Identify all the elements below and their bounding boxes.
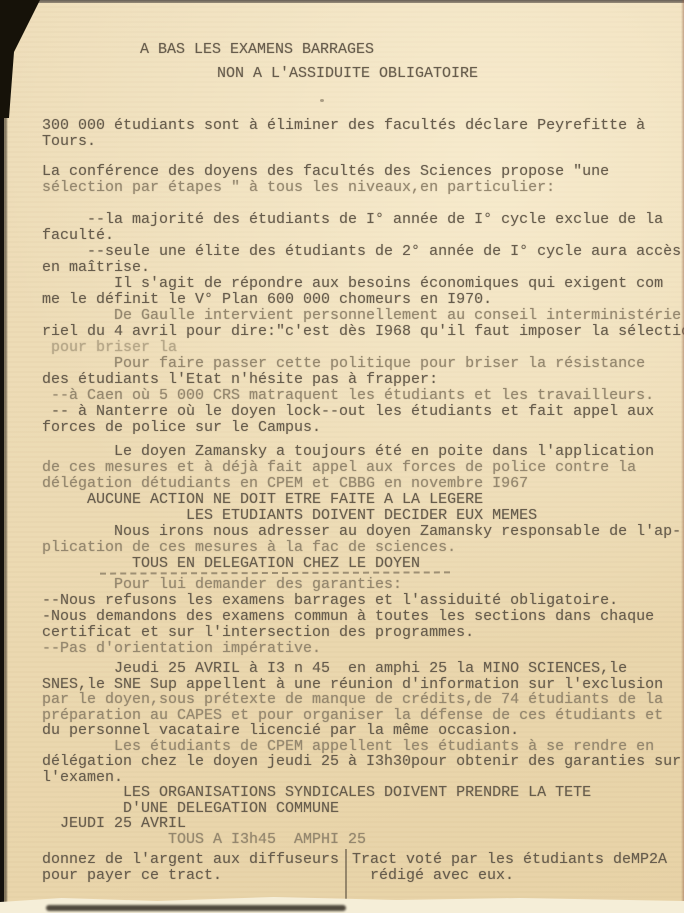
- zamansky-paragraph: Le doyen Zamansky a toujours été en poit…: [42, 444, 681, 572]
- footer-left-column: donnez de l'argent aux diffuseurspour pa…: [42, 852, 339, 884]
- text-line: NON A L'ASSIDUITE OBLIGATOIRE: [217, 66, 478, 82]
- conference-paragraph: La conférence des doyens des facultés de…: [42, 164, 609, 196]
- text-line: sélection par étapes " à tous les niveau…: [42, 180, 609, 196]
- text-line: SNES,le SNE Sup appellent à une réunion …: [42, 677, 681, 693]
- text-line: Il s'agit de répondre aux besoins économ…: [42, 276, 684, 292]
- footer-right-column: Tract voté par les étudiants deMP2A rédi…: [352, 852, 667, 884]
- text-line: --à Caen où 5 000 CRS matraquent les étu…: [42, 388, 654, 404]
- text-line: Nous irons nous adresser au doyen Zamans…: [42, 524, 681, 540]
- repression-paragraph: Pour faire passer cette politique pour b…: [42, 356, 654, 436]
- text-line: --Nous refusons les examens barrages et …: [42, 593, 654, 609]
- meeting-paragraph: Jeudi 25 AVRIL à I3 n 45 en amphi 25 la …: [42, 661, 681, 847]
- text-line: en maîtrise.: [42, 260, 684, 276]
- selection-paragraph: --la majorité des étudiants de I° année …: [42, 212, 684, 356]
- text-line: D'UNE DELEGATION COMMUNE: [42, 801, 681, 817]
- intro-paragraph: 300 000 étudiants sont à éliminer des fa…: [42, 118, 645, 150]
- text-line: préparation au CAPES et pour organiser l…: [42, 708, 681, 724]
- text-line: -- à Nanterre où le doyen lock--out les …: [42, 404, 654, 420]
- text-line: TOUS EN DELEGATION CHEZ LE DOYEN: [42, 556, 681, 572]
- text-line: A BAS LES EXAMENS BARRAGES: [140, 42, 374, 58]
- text-line: du personnel vacataire licencié par la m…: [42, 723, 681, 739]
- text-line: Tours.: [42, 134, 645, 150]
- text-line: Jeudi 25 AVRIL à I3 n 45 en amphi 25 la …: [42, 661, 681, 677]
- text-line: Tract voté par les étudiants deMP2A: [352, 852, 667, 868]
- scan-edge-left: [0, 0, 8, 913]
- footer-column-divider: [345, 849, 347, 904]
- text-line: pour briser la: [42, 340, 684, 356]
- text-line: Pour faire passer cette politique pour b…: [42, 356, 654, 372]
- text-line: délégation détudiants en CPEM et CBBG en…: [42, 476, 681, 492]
- text-line: donnez de l'argent aux diffuseurs: [42, 852, 339, 868]
- text-line: délégation chez le doyen jeudi 25 à I3h3…: [42, 754, 681, 770]
- text-line: par le doyen,sous prétexte de manque de …: [42, 692, 681, 708]
- text-line: Le doyen Zamansky a toujours été en poit…: [42, 444, 681, 460]
- scan-smudge-bottom: [46, 905, 346, 911]
- scan-page: A BAS LES EXAMENS BARRAGESNON A L'ASSIDU…: [0, 0, 684, 913]
- text-line: LES ORGANISATIONS SYNDICALES DOIVENT PRE…: [42, 785, 681, 801]
- text-line: de ces mesures et à déjà fait appel aux …: [42, 460, 681, 476]
- text-line: l'examen.: [42, 770, 681, 786]
- text-line: riel du 4 avril pour dire:"c'est dès I96…: [42, 324, 684, 340]
- headline-line-1: A BAS LES EXAMENS BARRAGES: [140, 42, 374, 58]
- garanties-paragraph: Pour lui demander des garanties:--Nous r…: [42, 577, 654, 657]
- text-line: JEUDI 25 AVRIL: [42, 816, 681, 832]
- text-line: plication de ces mesures à la fac de sci…: [42, 540, 681, 556]
- text-line: des étudiants l'Etat n'hésite pas à frap…: [42, 372, 654, 388]
- text-line: --la majorité des étudiants de I° année …: [42, 212, 684, 228]
- text-line: certificat et sur l'intersection des pro…: [42, 625, 654, 641]
- text-line: AUCUNE ACTION NE DOIT ETRE FAITE A LA LE…: [42, 492, 681, 508]
- text-line: Les étudiants de CPEM appellent les étud…: [42, 739, 681, 755]
- text-line: Pour lui demander des garanties:: [42, 577, 654, 593]
- text-line: faculté.: [42, 228, 684, 244]
- text-line: pour payer ce tract.: [42, 868, 339, 884]
- headline-line-2: NON A L'ASSIDUITE OBLIGATOIRE: [217, 66, 478, 82]
- text-line: TOUS A I3h45 AMPHI 25: [42, 832, 681, 848]
- text-line: De Gaulle intervient personnellement au …: [42, 308, 684, 324]
- screenshot-root: { "page": { "kind": "scanned typewritten…: [0, 0, 684, 913]
- text-line: La conférence des doyens des facultés de…: [42, 164, 609, 180]
- text-line: rédigé avec eux.: [352, 868, 667, 884]
- scan-edge-top: [0, 0, 684, 3]
- text-line: me le définit le V° Plan 600 000 chomeur…: [42, 292, 684, 308]
- text-line: 300 000 étudiants sont à éliminer des fa…: [42, 118, 645, 134]
- text-line: LES ETUDIANTS DOIVENT DECIDER EUX MEMES: [42, 508, 681, 524]
- paper-speck: [320, 99, 324, 102]
- text-line: --Pas d'orientation impérative.: [42, 641, 654, 657]
- text-line: --seule une élite des étudiants de 2° an…: [42, 244, 684, 260]
- text-line: forces de police sur le Campus.: [42, 420, 654, 436]
- text-line: -Nous demandons des examens commun à tou…: [42, 609, 654, 625]
